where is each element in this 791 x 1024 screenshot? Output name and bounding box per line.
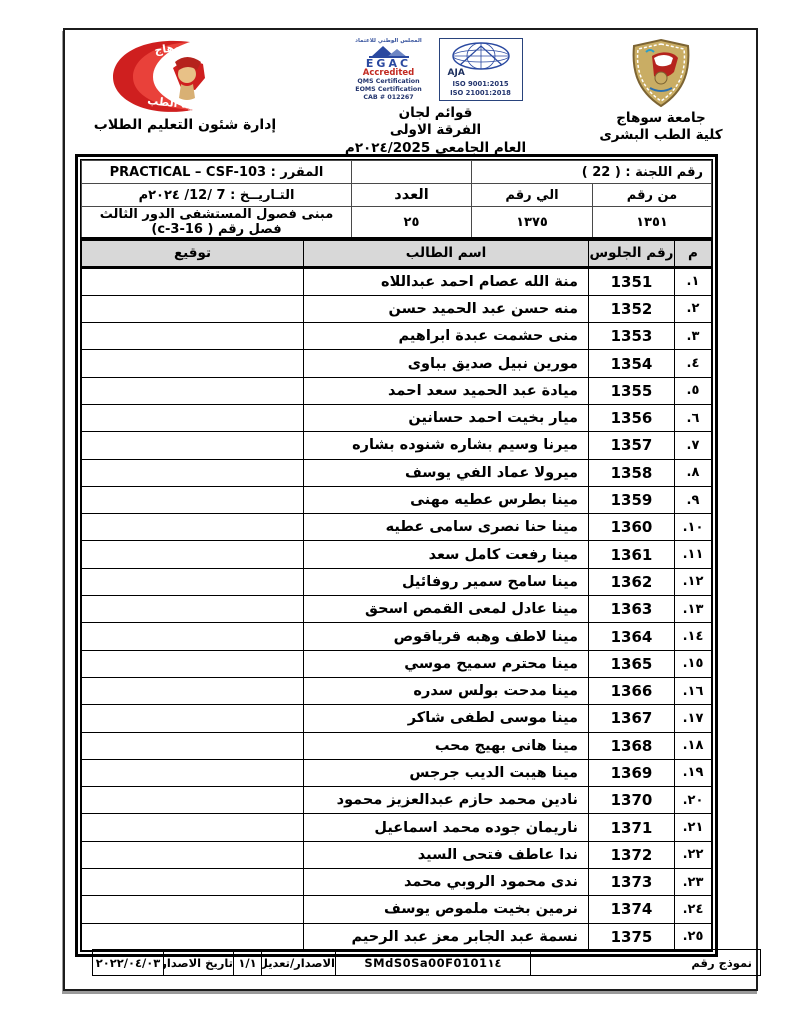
student-row: ٢١. 1371 ناريمان جوده محمد اسماعيل (82, 814, 712, 841)
student-row: ١٨. 1368 مينا هانى بهيج محب (82, 732, 712, 759)
to-number-label: الي رقم (471, 184, 592, 207)
page-header: جامعة سوهاج كلية الطب البشرى المجلس الوط… (65, 34, 756, 150)
signature-cell[interactable] (82, 295, 304, 322)
student-index: ١٥. (675, 650, 712, 677)
student-row: ٢٥. 1375 نسمة عبد الجابر معز عبد الرحيم (82, 923, 712, 950)
student-seat-number: 1365 (589, 650, 675, 677)
student-row: ٢٤. 1374 نرمين بخيت ملموص يوسف (82, 896, 712, 923)
info-empty-cell (351, 161, 471, 184)
student-index: ٨. (675, 459, 712, 486)
student-index: ٢٠. (675, 787, 712, 814)
student-seat-number: 1361 (589, 541, 675, 568)
student-name: منى حشمت عبدة ابراهيم (304, 323, 589, 350)
student-index: ٣. (675, 323, 712, 350)
student-name: نرمين بخيت ملموص يوسف (304, 896, 589, 923)
students-table: ١. 1351 منة الله عصام احمد عبداللاه ٢. 1… (81, 268, 712, 951)
student-index: ٢. (675, 295, 712, 322)
student-index: ١٣. (675, 596, 712, 623)
student-name: نسمة عبد الجابر معز عبد الرحيم (304, 923, 589, 950)
egac-cab-line: CAB # 012267 (349, 94, 429, 102)
student-seat-number: 1367 (589, 705, 675, 732)
student-index: ٢٥. (675, 923, 712, 950)
to-number-value: ١٣٧٥ (471, 207, 592, 239)
student-name: مينا هيبت الديب جرجس (304, 759, 589, 786)
signature-cell[interactable] (82, 650, 304, 677)
signature-cell[interactable] (82, 350, 304, 377)
grade-title: الفرقة الاولى (345, 122, 526, 140)
form-footer: نموذج رقم SMdS0Sa00F0101١٤ الاصدار/تعديل… (92, 949, 761, 976)
students-header-row: م رقم الجلوس اسم الطالب توقيع (81, 240, 712, 268)
form-number-code: SMdS0Sa00F0101١٤ (336, 950, 531, 976)
student-seat-number: 1375 (589, 923, 675, 950)
signature-cell[interactable] (82, 923, 304, 950)
student-row: ١٦. 1366 مينا مدحت بولس سدره (82, 677, 712, 704)
page-frame: جامعة سوهاج كلية الطب البشرى المجلس الوط… (63, 28, 758, 991)
signature-cell[interactable] (82, 677, 304, 704)
signature-cell[interactable] (82, 623, 304, 650)
student-seat-number: 1368 (589, 732, 675, 759)
student-name: مينا رفعت كامل سعد (304, 541, 589, 568)
university-block: جامعة سوهاج كلية الطب البشرى (576, 38, 746, 144)
svg-text:جامعة سوهاج: جامعة سوهاج (154, 38, 228, 58)
student-seat-number: 1359 (589, 486, 675, 513)
signature-cell[interactable] (82, 459, 304, 486)
student-name: مينا مدحت بولس سدره (304, 677, 589, 704)
signature-cell[interactable] (82, 268, 304, 295)
student-row: ٢. 1352 منه حسن عبد الحميد حسن (82, 295, 712, 322)
student-row: ١٠. 1360 مينا حنا نصرى سامى عطيه (82, 514, 712, 541)
aja-logo: AJA ISO 9001:2015 ISO 21001:2018 (439, 38, 523, 101)
signature-cell[interactable] (82, 732, 304, 759)
signature-cell[interactable] (82, 841, 304, 868)
student-index: ١٢. (675, 568, 712, 595)
university-shield-logo (628, 38, 694, 108)
student-name: مينا لاطف وهبه قرياقوص (304, 623, 589, 650)
student-seat-number: 1357 (589, 432, 675, 459)
student-index: ٦. (675, 404, 712, 431)
egac-accredited: Accredited (349, 69, 429, 78)
signature-cell[interactable] (82, 568, 304, 595)
crescent-logo: جامعة سوهاج كلية الطب (95, 38, 275, 116)
signature-cell[interactable] (82, 596, 304, 623)
student-name: مينا بطرس عطيه مهنى (304, 486, 589, 513)
student-name: ميرنا وسيم بشاره شنوده بشاره (304, 432, 589, 459)
signature-cell[interactable] (82, 759, 304, 786)
student-seat-number: 1364 (589, 623, 675, 650)
student-index: ١٩. (675, 759, 712, 786)
student-seat-number: 1360 (589, 514, 675, 541)
student-row: ٥. 1355 ميادة عبد الحميد سعد احمد (82, 377, 712, 404)
student-index: ١١. (675, 541, 712, 568)
col-header-signature: توقيع (82, 241, 304, 267)
signature-cell[interactable] (82, 432, 304, 459)
student-name: نادين محمد حازم عبدالعزيز محمود (304, 787, 589, 814)
student-seat-number: 1371 (589, 814, 675, 841)
student-name: ميرولا عماد الفي يوسف (304, 459, 589, 486)
signature-cell[interactable] (82, 787, 304, 814)
student-row: ٧. 1357 ميرنا وسيم بشاره شنوده بشاره (82, 432, 712, 459)
student-row: ٢٣. 1373 ندى محمود الروبي محمد (82, 869, 712, 896)
student-name: مينا عادل لمعى القمص اسحق (304, 596, 589, 623)
header-center-block: المجلس الوطني للاعتماد EGAC Accredited Q… (321, 38, 551, 158)
student-seat-number: 1356 (589, 404, 675, 431)
student-row: ٤. 1354 مورين نبيل صديق بباوى (82, 350, 712, 377)
student-index: ٢٢. (675, 841, 712, 868)
student-name: مينا محترم سميح موسي (304, 650, 589, 677)
from-number-label: من رقم (593, 184, 712, 207)
student-row: ٣. 1353 منى حشمت عبدة ابراهيم (82, 323, 712, 350)
egac-qms-line: QMS Certification (349, 78, 429, 86)
col-header-index: م (675, 241, 712, 267)
aja-iso2: ISO 21001:2018 (442, 89, 520, 98)
student-seat-number: 1352 (589, 295, 675, 322)
student-row: ٩. 1359 مينا بطرس عطيه مهنى (82, 486, 712, 513)
egac-pyramid-icon (349, 44, 429, 58)
student-name: مينا موسى لطفى شاكر (304, 705, 589, 732)
student-row: ١١. 1361 مينا رفعت كامل سعد (82, 541, 712, 568)
student-name: منة الله عصام احمد عبداللاه (304, 268, 589, 295)
signature-cell[interactable] (82, 377, 304, 404)
issue-date-value: ٢٠٢٢/٠٤/٠٣ (93, 950, 164, 976)
student-seat-number: 1373 (589, 869, 675, 896)
egac-logo: المجلس الوطني للاعتماد EGAC Accredited Q… (349, 38, 429, 102)
student-seat-number: 1354 (589, 350, 675, 377)
faculty-name: كلية الطب البشرى (599, 127, 722, 144)
student-seat-number: 1374 (589, 896, 675, 923)
signature-cell[interactable] (82, 323, 304, 350)
exam-location: مبنى فصول المستشفى الدور الثالث فصل رقم … (82, 207, 352, 239)
student-name: مورين نبيل صديق بباوى (304, 350, 589, 377)
student-seat-number: 1358 (589, 459, 675, 486)
signature-cell[interactable] (82, 896, 304, 923)
signature-cell[interactable] (82, 541, 304, 568)
issue-revision-value: ١/١ (234, 950, 262, 976)
egac-eoms-line: EOMS Certification (349, 86, 429, 94)
student-seat-number: 1369 (589, 759, 675, 786)
from-number-value: ١٣٥١ (593, 207, 712, 239)
student-seat-number: 1363 (589, 596, 675, 623)
issue-date-label: تاريخ الاصدار (164, 950, 234, 976)
student-name: ندى محمود الروبي محمد (304, 869, 589, 896)
student-row: ١٥. 1365 مينا محترم سميح موسي (82, 650, 712, 677)
student-seat-number: 1366 (589, 677, 675, 704)
student-seat-number: 1372 (589, 841, 675, 868)
student-index: ٥. (675, 377, 712, 404)
student-row: ١. 1351 منة الله عصام احمد عبداللاه (82, 268, 712, 295)
count-value: ٢٥ (351, 207, 471, 239)
signature-cell[interactable] (82, 869, 304, 896)
issue-revision-label: الاصدار/تعديل (262, 950, 336, 976)
student-seat-number: 1370 (589, 787, 675, 814)
committee-table: رقم اللجنة : ( 22 ) المقرر : PRACTICAL –… (75, 154, 718, 957)
form-number-label: نموذج رقم (531, 950, 761, 976)
course-name: المقرر : PRACTICAL – CSF-103 (82, 161, 352, 184)
student-row: ١٩. 1369 مينا هيبت الديب جرجس (82, 759, 712, 786)
student-row: ١٧. 1367 مينا موسى لطفى شاكر (82, 705, 712, 732)
student-seat-number: 1362 (589, 568, 675, 595)
student-index: ١٦. (675, 677, 712, 704)
student-index: ٧. (675, 432, 712, 459)
aja-iso1: ISO 9001:2015 (442, 80, 520, 89)
student-seat-number: 1353 (589, 323, 675, 350)
student-row: ١٣. 1363 مينا عادل لمعى القمص اسحق (82, 596, 712, 623)
student-row: ٢٠. 1370 نادين محمد حازم عبدالعزيز محمود (82, 787, 712, 814)
student-index: ١٤. (675, 623, 712, 650)
students-body: ١. 1351 منة الله عصام احمد عبداللاه ٢. 1… (82, 268, 712, 950)
signature-cell[interactable] (82, 404, 304, 431)
student-index: ١٨. (675, 732, 712, 759)
student-name: مينا حنا نصرى سامى عطيه (304, 514, 589, 541)
student-row: ٢٢. 1372 ندا عاطف فتحى السيد (82, 841, 712, 868)
form-footer-table: نموذج رقم SMdS0Sa00F0101١٤ الاصدار/تعديل… (92, 949, 761, 976)
student-row: ٨. 1358 ميرولا عماد الفي يوسف (82, 459, 712, 486)
student-name: ناريمان جوده محمد اسماعيل (304, 814, 589, 841)
student-index: ١. (675, 268, 712, 295)
student-index: ٢٣. (675, 869, 712, 896)
department-name: إدارة شئون التعليم الطلاب (94, 117, 276, 133)
student-name: ندا عاطف فتحى السيد (304, 841, 589, 868)
signature-cell[interactable] (82, 814, 304, 841)
student-index: ٢١. (675, 814, 712, 841)
col-header-seat: رقم الجلوس (589, 241, 675, 267)
student-index: ١٠. (675, 514, 712, 541)
signature-cell[interactable] (82, 705, 304, 732)
student-seat-number: 1355 (589, 377, 675, 404)
student-index: ٢٤. (675, 896, 712, 923)
student-index: ٤. (675, 350, 712, 377)
signature-cell[interactable] (82, 486, 304, 513)
student-row: ٦. 1356 ميار بخيت احمد حسانين (82, 404, 712, 431)
committee-info-table: رقم اللجنة : ( 22 ) المقرر : PRACTICAL –… (81, 160, 712, 240)
student-name: ميار بخيت احمد حسانين (304, 404, 589, 431)
student-name: مينا سامح سمير روفائيل (304, 568, 589, 595)
department-block: جامعة سوهاج كلية الطب إدارة شئون التعليم… (75, 38, 295, 133)
student-row: ١٢. 1362 مينا سامح سمير روفائيل (82, 568, 712, 595)
committee-number: رقم اللجنة : ( 22 ) (471, 161, 711, 184)
student-row: ١٤. 1364 مينا لاطف وهبه قرياقوص (82, 623, 712, 650)
university-name: جامعة سوهاج (599, 110, 722, 127)
student-name: مينا هانى بهيج محب (304, 732, 589, 759)
student-index: ١٧. (675, 705, 712, 732)
col-header-name: اسم الطالب (304, 241, 589, 267)
student-seat-number: 1351 (589, 268, 675, 295)
count-label: العدد (351, 184, 471, 207)
student-name: ميادة عبد الحميد سعد احمد (304, 377, 589, 404)
exam-date: التـاريــخ : 7 /12/ ٢٠٢٤م (82, 184, 352, 207)
student-name: منه حسن عبد الحميد حسن (304, 295, 589, 322)
doc-title: قوائم لجان (345, 105, 526, 123)
signature-cell[interactable] (82, 514, 304, 541)
student-index: ٩. (675, 486, 712, 513)
